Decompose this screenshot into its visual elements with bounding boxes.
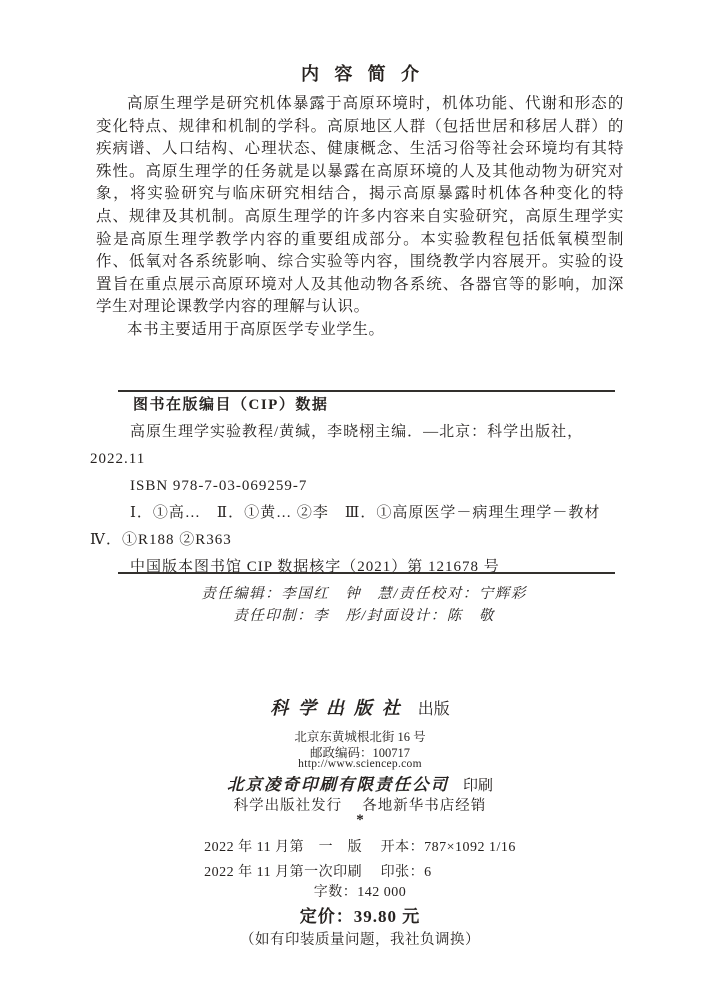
staff-section: 责任编辑：李国红 钟 慧/责任校对：宁辉彩 责任印制：李 彤/封面设计：陈 敬 — [8, 584, 720, 627]
cip-classification: Ⅰ．①高… Ⅱ．①黄… ②李 Ⅲ．①高原医学－病理生理学－教材 Ⅳ．①R188 … — [90, 500, 626, 554]
staff-print-design-line: 责任印制：李 彤/封面设计：陈 敬 — [8, 606, 720, 628]
book-copyright-page: 内容简介 高原生理学是研究机体暴露于高原环境时，机体功能、代谢和形态的变化特点、… — [0, 0, 720, 1000]
edition-block: 2022 年 11 月第 一 版 开本：787×1092 1/16 2022 年… — [0, 835, 720, 885]
cip-section: 图书在版编目（CIP）数据 高原生理学实验教程/黄缄，李晓栩主编．—北京：科学出… — [90, 392, 626, 581]
intro-title: 内容简介 — [0, 60, 720, 86]
printer-line: 北京凌奇印刷有限责任公司印刷 — [0, 771, 720, 795]
quality-notice: （如有印装质量问题，我社负调换） — [0, 928, 720, 949]
cip-heading: 图书在版编目（CIP）数据 — [133, 392, 626, 419]
printer-logo: 北京凌奇印刷有限责任公司 — [227, 775, 449, 794]
staff-editors-line: 责任编辑：李国红 钟 慧/责任校对：宁辉彩 — [8, 584, 720, 606]
publisher-line: 科学出版社出版 — [0, 694, 720, 720]
cip-title-line: 高原生理学实验教程/黄缄，李晓栩主编．—北京：科学出版社， — [90, 419, 626, 446]
price-line: 定价：39.80 元 — [0, 902, 720, 927]
intro-paragraph: 高原生理学是研究机体暴露于高原环境时，机体功能、代谢和形态的变化特点、规律和机制… — [96, 93, 624, 319]
publisher-logo: 科学出版社 — [270, 698, 410, 718]
cip-record-number: 中国版本图书馆 CIP 数据核字（2021）第 121678 号 — [90, 554, 626, 581]
cip-isbn: ISBN 978-7-03-069259-7 — [90, 473, 626, 500]
edition-line-1: 2022 年 11 月第 一 版 开本：787×1092 1/16 — [204, 835, 516, 860]
cip-year-line: 2022.11 — [90, 446, 626, 473]
cip-bottom-rule — [118, 572, 615, 574]
divider-asterisk: * — [0, 812, 720, 829]
intro-section: 高原生理学是研究机体暴露于高原环境时，机体功能、代谢和形态的变化特点、规律和机制… — [96, 93, 624, 342]
printer-suffix: 印刷 — [463, 778, 493, 794]
word-count-line: 字数：142 000 — [0, 881, 720, 901]
publisher-suffix: 出版 — [418, 701, 450, 718]
edition-inner: 2022 年 11 月第 一 版 开本：787×1092 1/16 2022 年… — [204, 835, 516, 885]
intro-audience-line: 本书主要适用于高原医学专业学生。 — [96, 319, 624, 342]
publisher-website: http://www.sciencep.com — [0, 758, 720, 770]
